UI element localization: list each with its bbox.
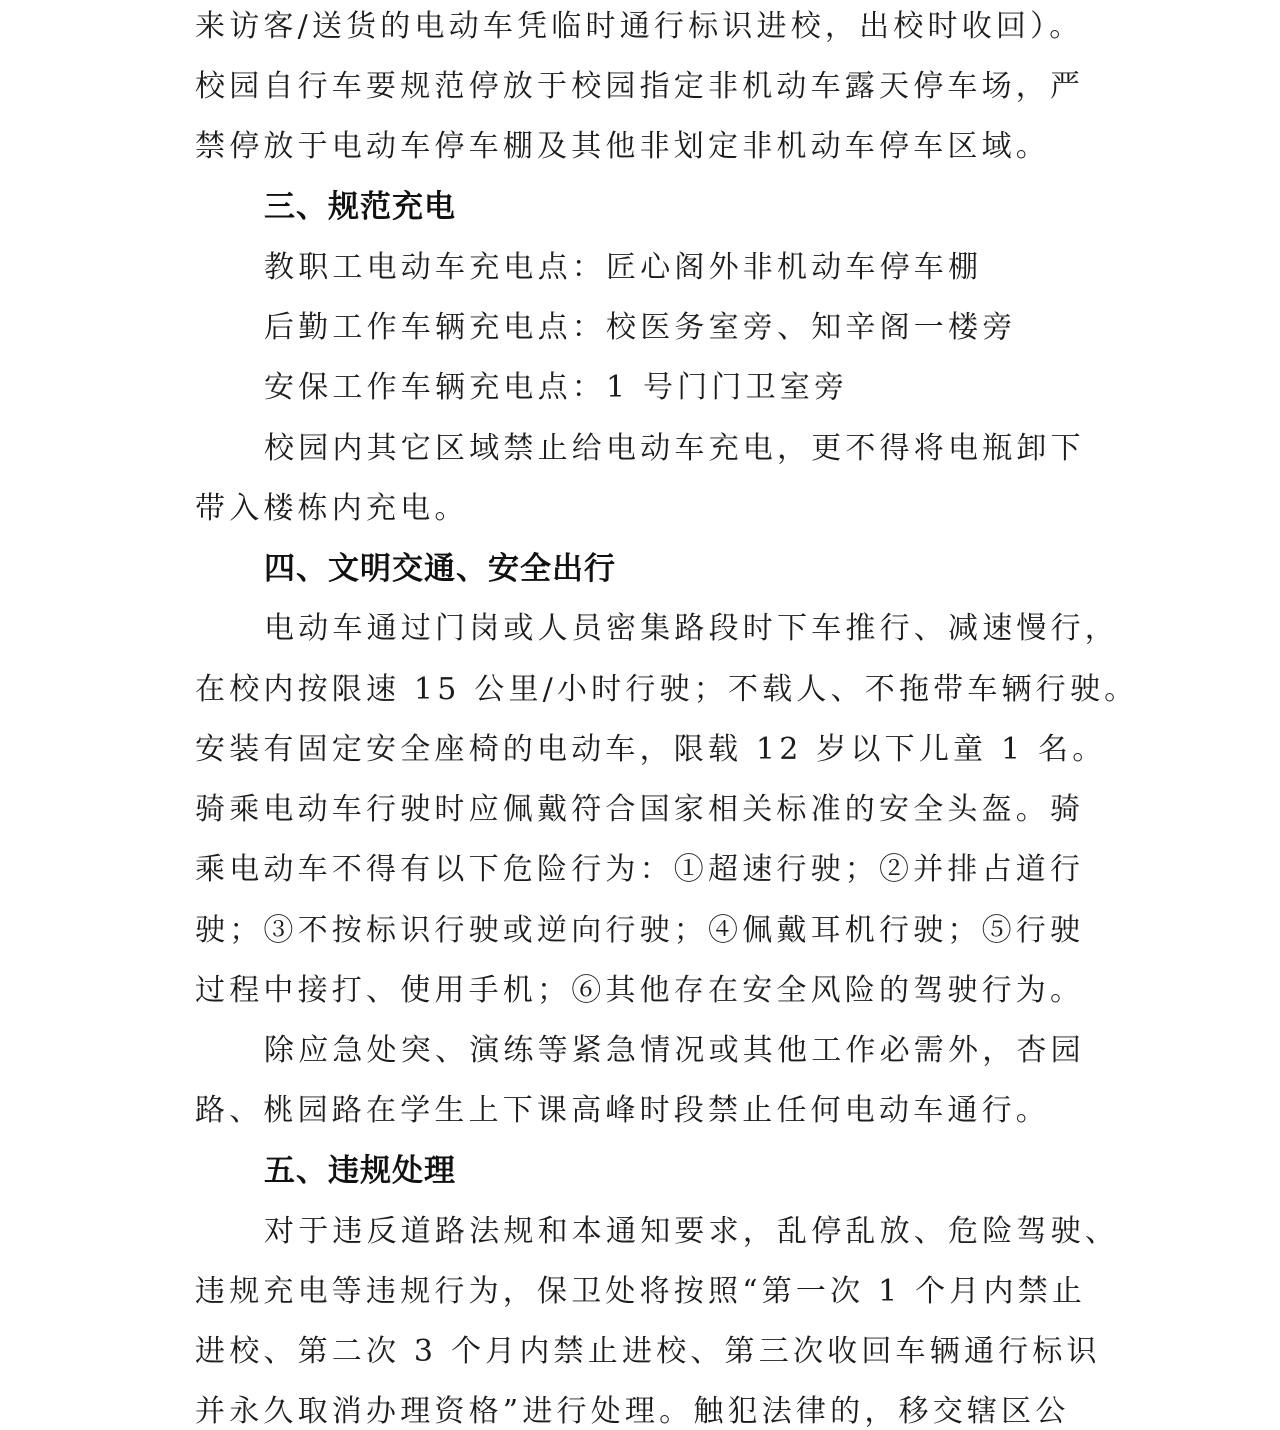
- text-line: 进校、第二次 3 个月内禁止进校、第三次收回车辆通行标识: [195, 1332, 1101, 1372]
- document-page: 来访客/送货的电动车凭临时通行标识进校，出校时收回）。 校园自行车要规范停放于校…: [0, 0, 1280, 1430]
- section-violations: 五、违规处理 对于违反道路法规和本通知要求，乱停乱放、危险驾驶、 违规充电等违规…: [0, 0, 1280, 1430]
- text-line: 并永久取消办理资格”进行处理。触犯法律的，移交辖区公: [195, 1392, 1070, 1430]
- section-heading: 五、违规处理: [264, 1151, 456, 1191]
- text-line: 违规充电等违规行为，保卫处将按照“第一次 1 个月内禁止: [195, 1272, 1086, 1312]
- text-line: 对于违反道路法规和本通知要求，乱停乱放、危险驾驶、: [264, 1212, 1119, 1252]
